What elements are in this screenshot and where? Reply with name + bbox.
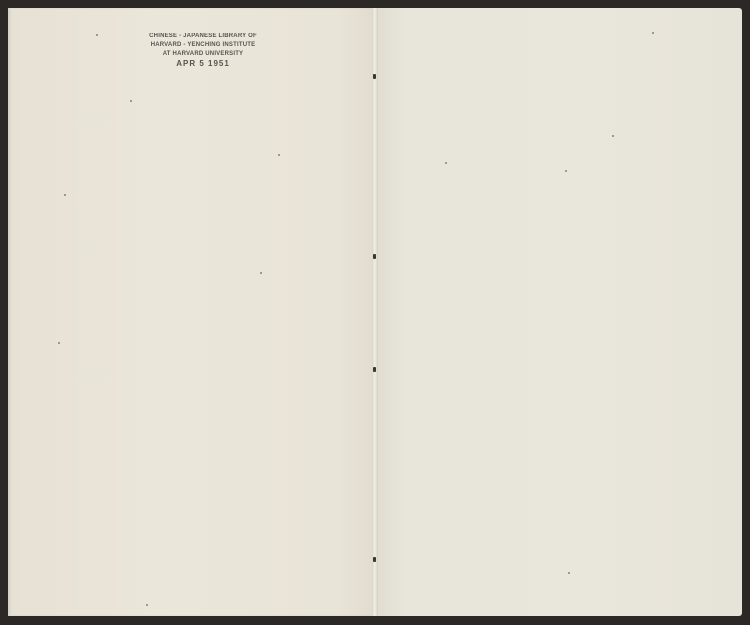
paper-speck <box>64 194 66 196</box>
stamp-line-1: CHINESE - JAPANESE LIBRARY OF <box>128 32 278 41</box>
stamp-line-3: AT HARVARD UNIVERSITY <box>128 50 278 59</box>
paper-speck <box>260 272 262 274</box>
paper-speck <box>58 342 60 344</box>
paper-speck <box>96 34 98 36</box>
book-spine-gutter <box>372 8 378 616</box>
paper-speck <box>652 32 654 34</box>
paper-speck <box>612 135 614 137</box>
binding-stitch <box>373 367 376 372</box>
binding-stitch <box>373 557 376 562</box>
stamp-line-2: HARVARD - YENCHING INSTITUTE <box>128 41 278 50</box>
paper-speck <box>130 100 132 102</box>
paper-speck <box>568 572 570 574</box>
paper-speck <box>146 604 148 606</box>
stamp-date: APR 5 1951 <box>128 59 278 69</box>
binding-stitch <box>373 74 376 79</box>
library-stamp: CHINESE - JAPANESE LIBRARY OF HARVARD - … <box>128 32 278 69</box>
paper-speck <box>445 162 447 164</box>
paper-speck <box>278 154 280 156</box>
paper-speck <box>565 170 567 172</box>
binding-stitch <box>373 254 376 259</box>
book-spread: CHINESE - JAPANESE LIBRARY OF HARVARD - … <box>8 8 742 616</box>
left-page: CHINESE - JAPANESE LIBRARY OF HARVARD - … <box>8 8 374 616</box>
right-page <box>376 8 742 616</box>
